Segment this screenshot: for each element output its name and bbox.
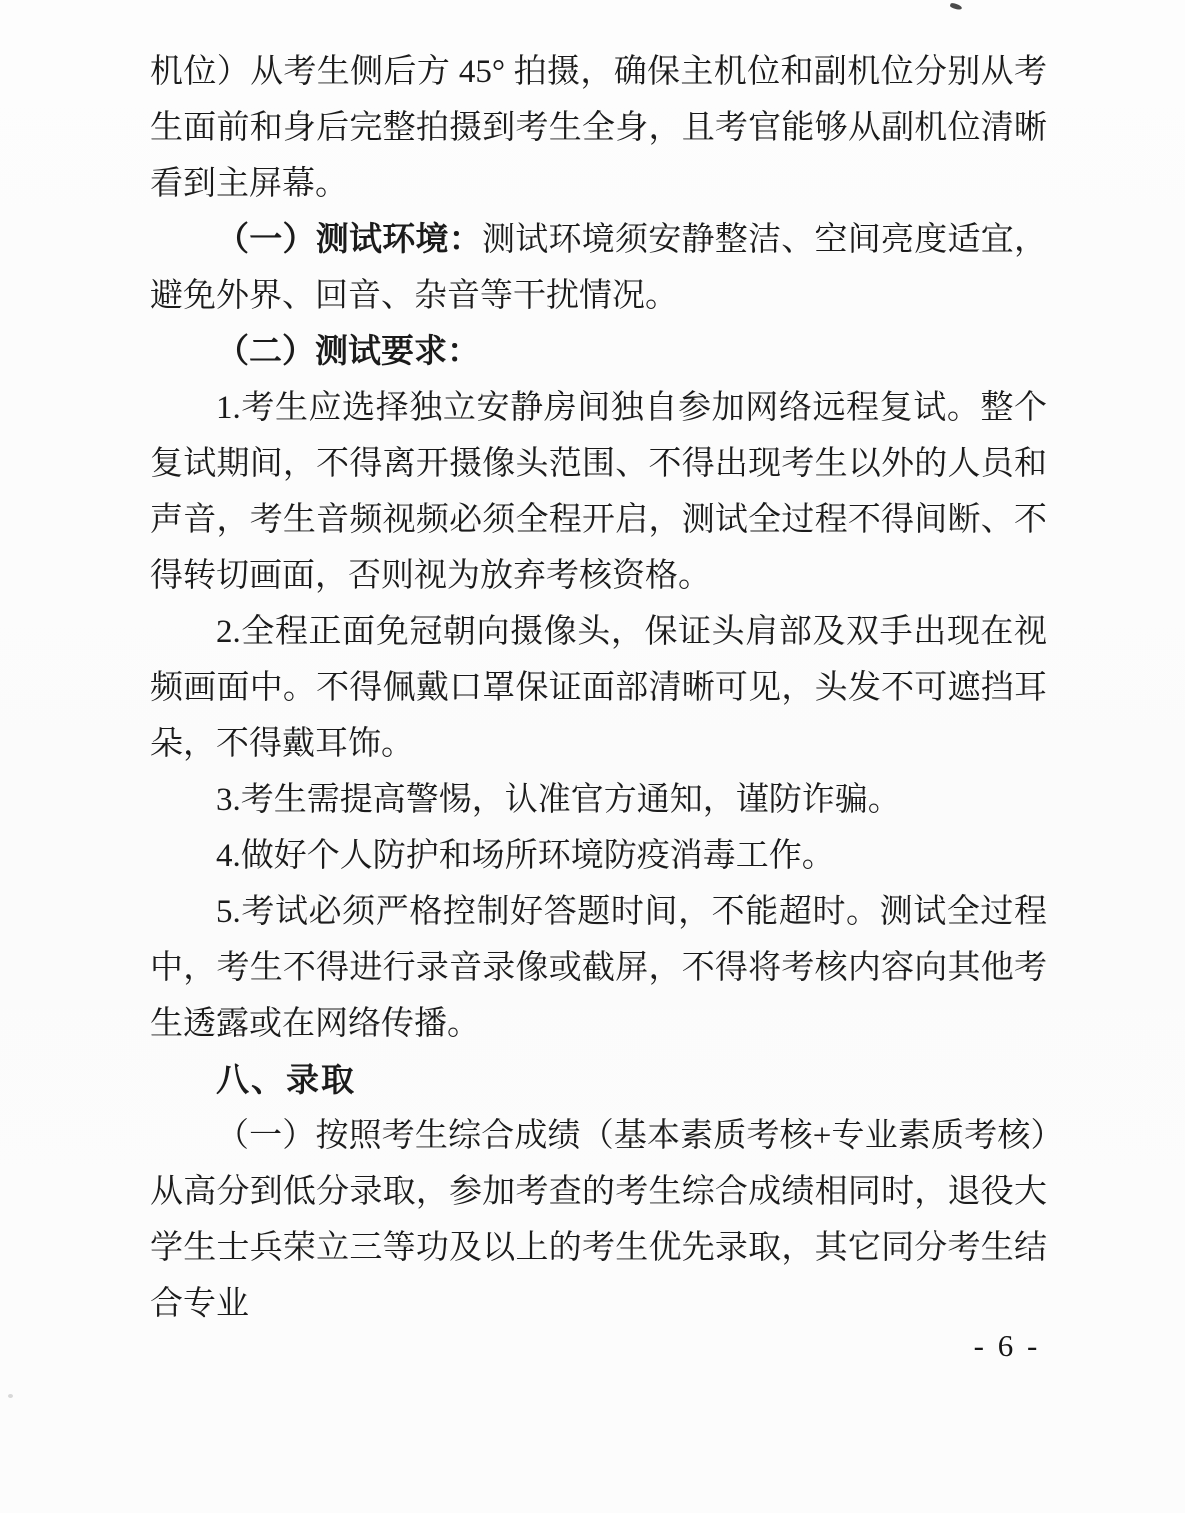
requirement-item-2: 2.全程正面免冠朝向摄像头，保证头肩部及双手出现在视频画面中。不得佩戴口罩保证面… [150, 604, 1047, 772]
requirement-item-1: 1.考生应选择独立安静房间独自参加网络远程复试。整个复试期间，不得离开摄像头范围… [150, 380, 1047, 604]
admission-heading: 八、录取 [150, 1052, 1047, 1108]
scan-artifact-dot [8, 1394, 13, 1398]
document-body: 机位）从考生侧后方 45° 拍摄，确保主机位和副机位分别从考生面前和身后完整拍摄… [150, 44, 1047, 1332]
requirement-item-5: 5.考试必须严格控制好答题时间，不能超时。测试全过程中，考生不得进行录音录像或截… [150, 884, 1047, 1052]
admission-paragraph: （一）按照考生综合成绩（基本素质考核+专业素质考核）从高分到低分录取，参加考查的… [150, 1108, 1047, 1332]
page-number: - 6 - [952, 1326, 1062, 1366]
document-page: 机位）从考生侧后方 45° 拍摄，确保主机位和副机位分别从考生面前和身后完整拍摄… [0, 0, 1185, 1513]
section-test-environment: （一）测试环境：测试环境须安静整洁、空间亮度适宜，避免外界、回音、杂音等干扰情况… [150, 212, 1047, 324]
continuation-paragraph: 机位）从考生侧后方 45° 拍摄，确保主机位和副机位分别从考生面前和身后完整拍摄… [150, 44, 1047, 212]
requirement-item-4: 4.做好个人防护和场所环境防疫消毒工作。 [150, 828, 1047, 884]
scan-artifact-mark [950, 2, 963, 10]
section-test-environment-label: （一）测试环境： [216, 222, 482, 258]
section-test-requirements-label: （二）测试要求： [150, 324, 1047, 380]
requirement-item-3: 3.考生需提高警惕，认准官方通知，谨防诈骗。 [150, 772, 1047, 828]
